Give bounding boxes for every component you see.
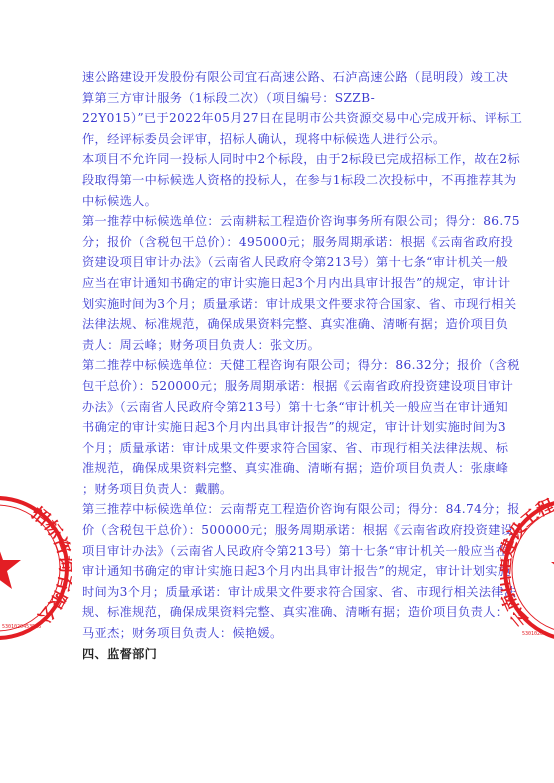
candidate-1-line: 法律法规、标准规范，确保成果资料完整、真实准确、清晰有据；造价项目负 [82,314,478,335]
candidate-2-line: 第二推荐中标候选单位：天健工程咨询有限公司；得分：86.32分；报价（含税 [82,355,478,376]
star-icon [0,543,21,589]
candidate-1-line: 应当在审计通知书确定的审计实施日起3个月内出具审计报告”的规定，审计计 [82,273,478,294]
text-line: 本项目不允许同一投标人同时中2个标段，由于2标段已完成招标工作，故在2标 [82,149,478,170]
candidate-3-line: 规、标准规范，确保成果资料完整、真实准确、清晰有据；造价项目负责人： [82,602,478,623]
text-line: 作，经评标委员会评审，招标人确认，现将中标候选人进行公示。 [82,129,478,150]
candidate-1-line: 资建设项目审计办法》（云南省人民政府令第213号）第十七条“审计机关一般 [82,252,478,273]
text-line: 速公路建设开发股份有限公司宜石高速公路、石泸高速公路（昆明段）竣工决 [82,67,478,88]
candidate-3-line: 项目审计办法》（云南省人民政府令第213号）第十七条“审计机关一般应当在 [82,541,478,562]
candidate-3-line: 审计通知书确定的审计实施日起3个月内出具审计报告”的规定，审计计划实施 [82,561,478,582]
text-line: 中标候选人。 [82,191,478,212]
candidate-2-line: 准规范，确保成果资料完整、真实准确、清晰有据；造价项目负责人：张康峰 [82,458,478,479]
text-line: 22Y015）”已于2022年05月27日在昆明市公共资源交易中心完成开标、评标… [82,108,478,129]
candidate-2-line: 书确定的审计实施日起3个月内出具审计报告”的规定，审计计划实施时间为3 [82,417,478,438]
candidate-3-line: 时间为3个月；质量承诺：审计成果文件要求符合国家、省、市现行相关法律法 [82,582,478,603]
section-heading: 四、监督部门 [82,644,478,665]
candidate-2-line: ；财务项目负责人：戴鹏。 [82,479,478,500]
candidate-2-line: 个月；质量承诺：审计成果文件要求符合国家、省、市现行相关法律法规、标 [82,438,478,459]
text-line: 段取得第一中标候选人资格的投标人，在参与1标段二次投标中，不再推荐其为 [82,170,478,191]
document-body: 速公路建设开发股份有限公司宜石高速公路、石泸高速公路（昆明段）竣工决 算第三方审… [82,67,478,664]
candidate-3-line: 价（含税包干总价）：500000元；服务周期承诺：根据《云南省政府投资建设 [82,520,478,541]
candidate-1-line: 第一推荐中标候选单位：云南耕耘工程造价咨询事务所有限公司；得分：86.75 [82,211,478,232]
svg-text:5301020453526: 5301020453526 [2,624,41,630]
candidate-3-line: 马亚杰；财务项目负责人：候艳媛。 [82,623,478,644]
document-page: 速公路建设开发股份有限公司宜石高速公路、石泸高速公路（昆明段）竣工决 算第三方审… [0,0,554,783]
candidate-2-line: 包干总价）：520000元；服务周期承诺：根据《云南省政府投资建设项目审计 [82,376,478,397]
svg-text:53010203: 53010203 [522,631,546,637]
svg-text:云南山重建设工程: 云南山重建设工程 [500,495,554,630]
candidate-2-line: 办法》（云南省人民政府令第213号）第十七条“审计机关一般应当在审计通知 [82,397,478,418]
candidate-3-line: 第三推荐中标候选单位：云南帮克工程造价咨询有限公司；得分：84.74分；报 [82,499,478,520]
company-seal-stamp-right: 云南山重建设工程 53010203 [500,495,554,645]
company-seal-stamp-left: 招标咨询有限公司 5301020453526 [0,493,72,643]
candidate-1-line: 分；报价（含税包干总价）：495000元；服务周期承诺：根据《云南省政府投 [82,232,478,253]
candidate-1-line: 划实施时间为3个月；质量承诺：审计成果文件要求符合国家、省、市现行相关 [82,294,478,315]
stamp-right-text: 云南山重建设工程 [500,495,554,630]
candidate-1-line: 责人：周云峰；财务项目负责人：张文历。 [82,335,478,356]
text-line: 算第三方审计服务（1标段二次）（项目编号：SZZB- [82,88,478,109]
